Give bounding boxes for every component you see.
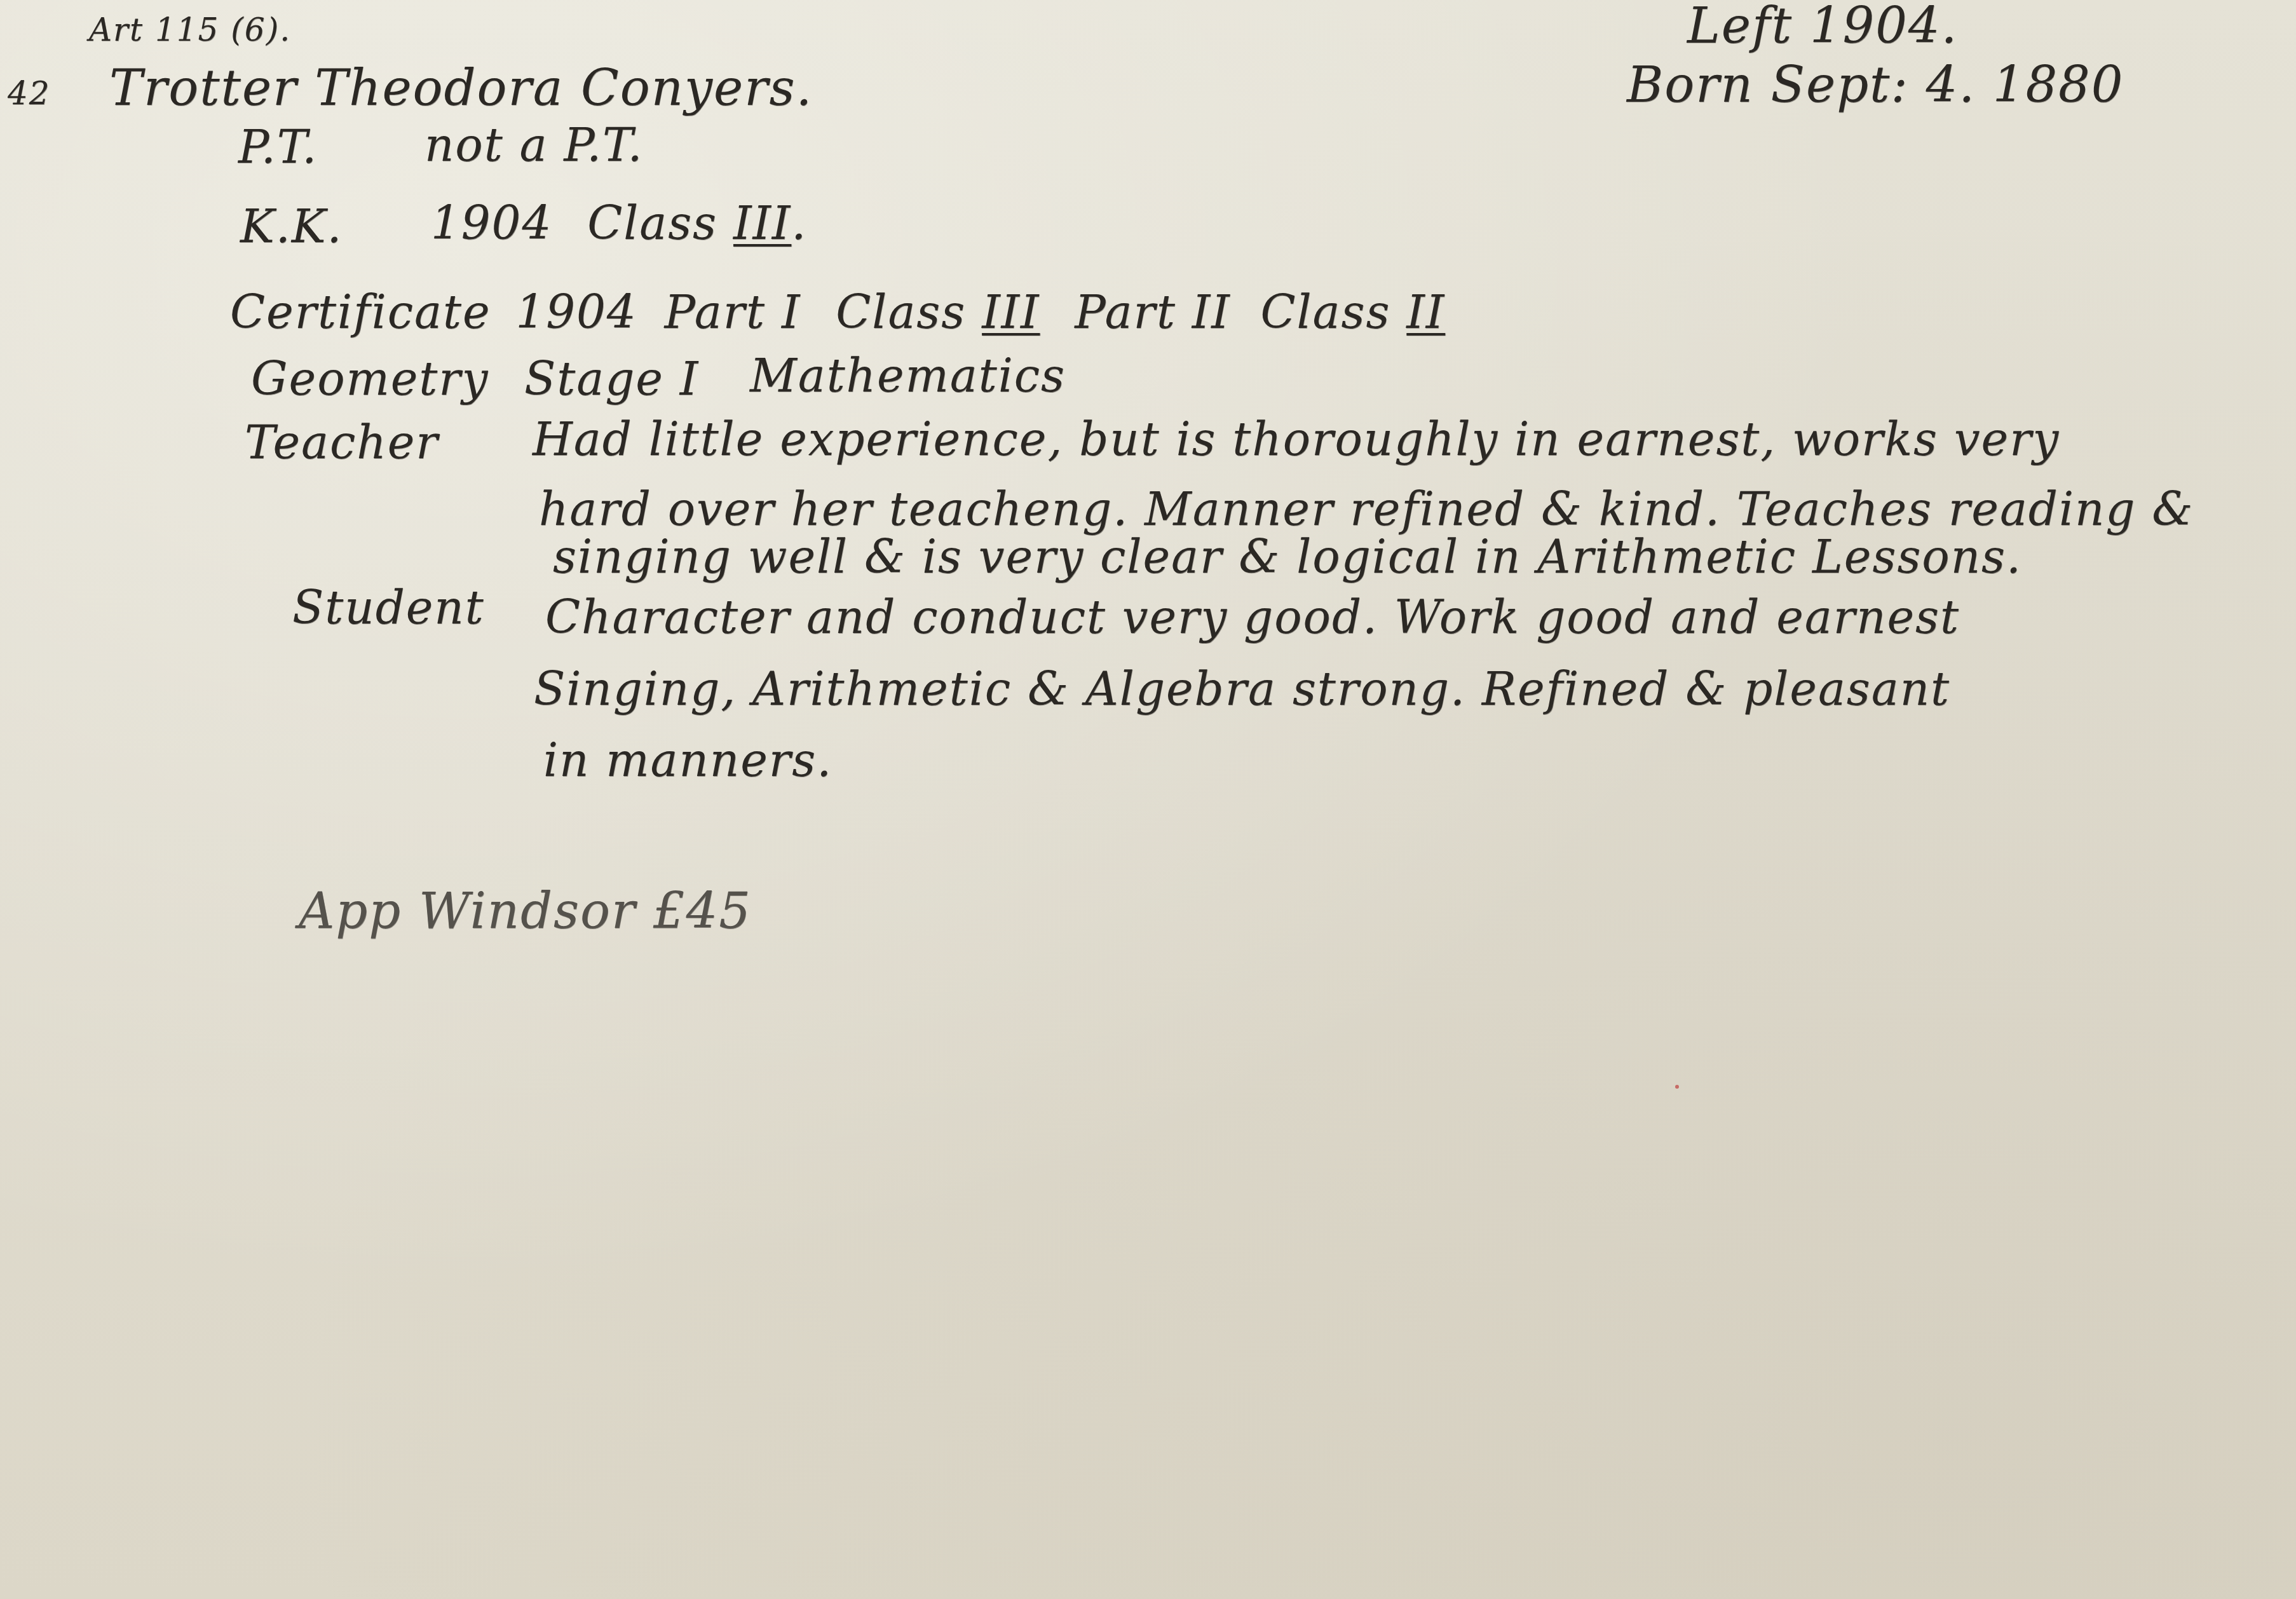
left-year: Left 1904. [1687, 1, 1958, 51]
kk-class-value: III [733, 196, 791, 250]
student-remark-line-1: Character and conduct very good. Work go… [545, 594, 1960, 640]
certificate-part1-class-label: Class [836, 285, 966, 339]
student-remark-line-3: in manners. [543, 737, 832, 783]
student-label: Student [292, 585, 485, 630]
geometry-label: Geometry [251, 356, 489, 402]
teacher-label: Teacher [245, 419, 439, 465]
record-card-page: Art 115 (6). 42 Trotter Theodora Conyers… [0, 0, 2296, 1599]
student-name: Trotter Theodora Conyers. [109, 64, 813, 113]
teacher-remark-line-2: hard over her teacheng. Manner refined &… [539, 486, 2194, 532]
certificate-label: Certificate [230, 285, 491, 339]
geometry-subject: Mathematics [750, 353, 1066, 398]
certificate-part2-class: II [1406, 285, 1445, 339]
kk-class-label: Class [587, 196, 717, 250]
geometry-stage: Stage I [524, 356, 699, 402]
teacher-remark-line-1: Had little experience, but is thoroughly… [533, 416, 2060, 462]
teacher-remark-line-3: singing well & is very clear & logical i… [553, 534, 2022, 580]
kk-label: K.K. [240, 203, 343, 249]
student-remark-line-2: Singing, Arithmetic & Algebra strong. Re… [534, 666, 1950, 712]
entry-number: 42 [8, 78, 51, 109]
kk-end: . [791, 196, 807, 250]
kk-year: 1904 [431, 196, 552, 250]
appointment-note: App Windsor £45 [299, 887, 752, 936]
kk-line: 1904 Class III. [431, 200, 807, 246]
certificate-year: 1904 [515, 285, 637, 339]
article-reference: Art 115 (6). [89, 14, 291, 46]
certificate-part2-label: Part II [1075, 285, 1230, 339]
birth-date: Born Sept: 4. 1880 [1627, 60, 2124, 110]
pt-value: not a P.T. [425, 122, 643, 168]
certificate-part2-class-label: Class [1261, 285, 1391, 339]
pt-label: P.T. [238, 124, 318, 170]
ink-spot [1675, 1085, 1679, 1089]
certificate-part1-class: III [982, 285, 1040, 339]
certificate-part1-label: Part I [665, 285, 801, 339]
certificate-line: Certificate 1904 Part I Class III Part I… [230, 289, 1445, 335]
